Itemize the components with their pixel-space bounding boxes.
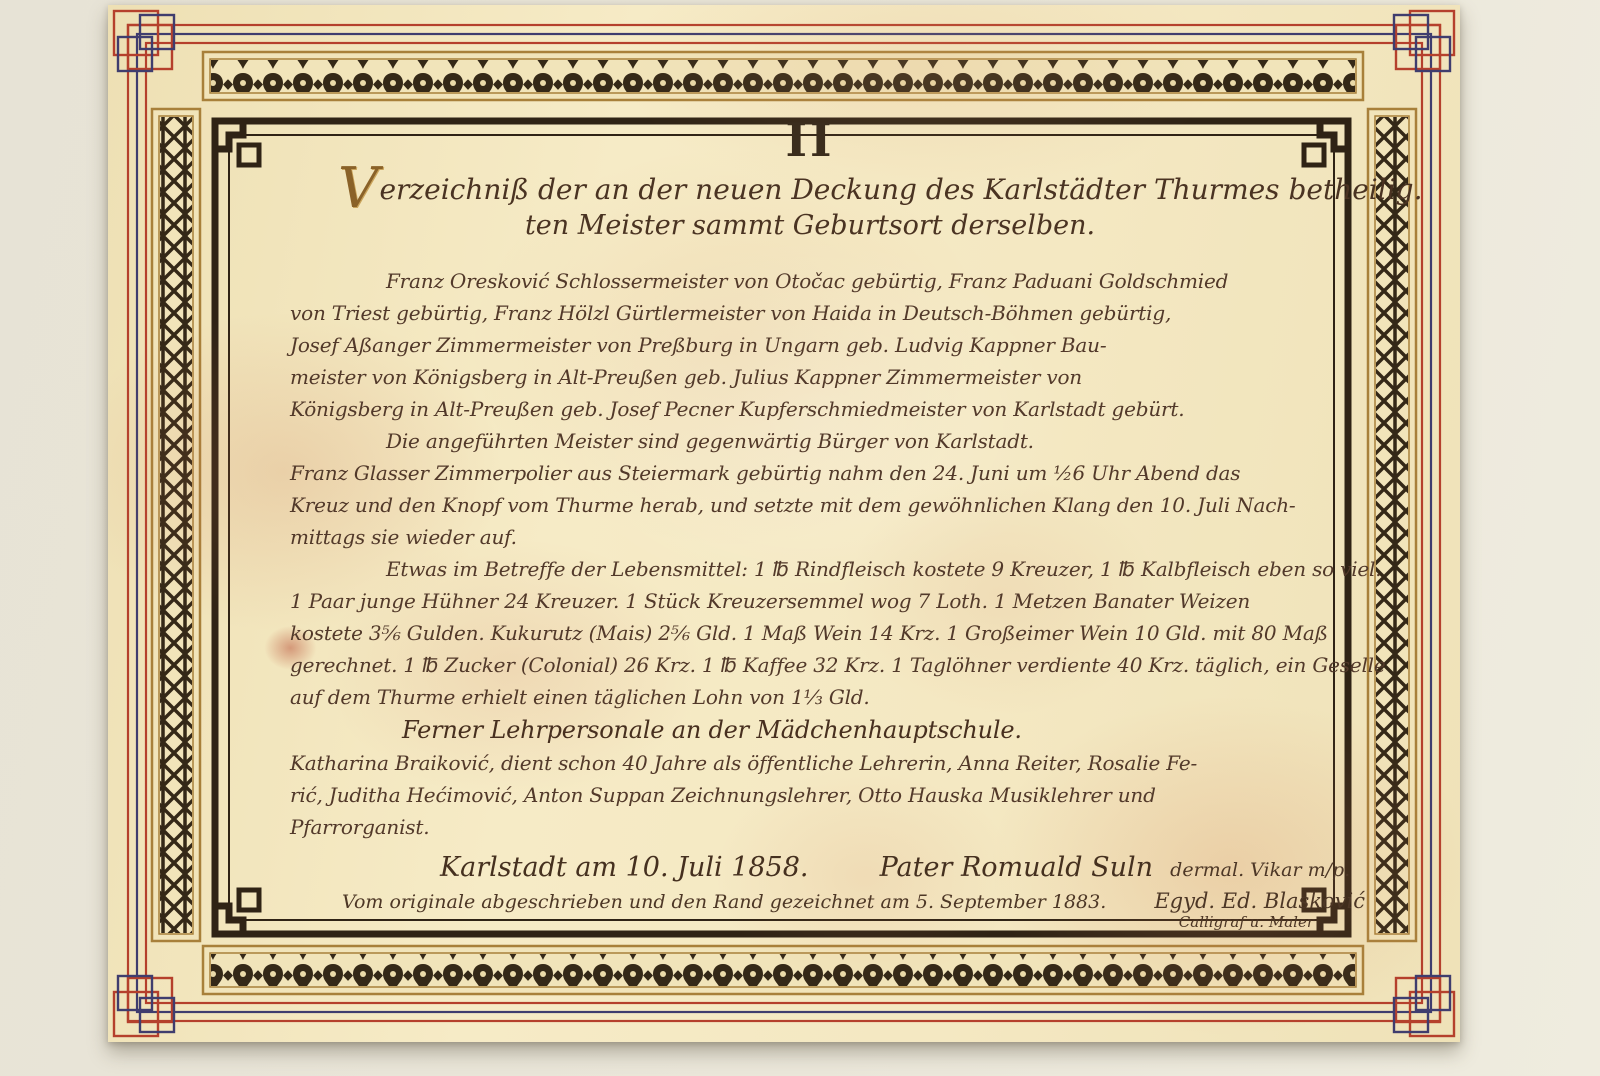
colophon: Vom originale abgeschrieben und den Rand…	[290, 889, 1330, 913]
section-numeral: II	[290, 117, 1330, 163]
signer-title: dermal. Vikar m/p.	[1170, 859, 1350, 881]
artist-title: Calligraf u. Maler	[290, 913, 1330, 931]
manuscript-line: Kreuz und den Knopf vom Thurme herab, un…	[290, 489, 1330, 521]
manuscript-line: Die angeführten Meister sind gegenwärtig…	[290, 425, 1330, 457]
border-knot-bottom-left	[114, 976, 174, 1036]
manuscript-line: Königsberg in Alt-Preußen geb. Josef Pec…	[290, 393, 1330, 425]
manuscript-line: Franz Oresković Schlossermeister von Oto…	[290, 265, 1330, 297]
manuscript-body: Franz Oresković Schlossermeister von Oto…	[290, 265, 1330, 843]
manuscript-line: rić, Juditha Hećimović, Anton Suppan Zei…	[290, 779, 1330, 811]
signer-name: Pater Romuald Suln	[880, 852, 1153, 883]
manuscript-line: meister von Königsberg in Alt-Preußen ge…	[290, 361, 1330, 393]
artist-signature: Egyd. Ed. Blasković	[1154, 889, 1365, 913]
frame-meander-bottom-left	[215, 890, 279, 934]
document-title-line1: Verzeichniß der an der neuen Deckung des…	[290, 171, 1330, 206]
manuscript-line: gerechnet. 1 ℔ Zucker (Colonial) 26 Krz.…	[290, 649, 1330, 681]
manuscript-subheading: Ferner Lehrpersonale an der Mädchenhaupt…	[290, 713, 1330, 747]
manuscript-line: kostete 3⅚ Gulden. Kukurutz (Mais) 2⅚ Gl…	[290, 617, 1330, 649]
manuscript-line: von Triest gebürtig, Franz Hölzl Gürtler…	[290, 297, 1330, 329]
copy-note: Vom originale abgeschrieben und den Rand…	[342, 891, 1106, 913]
illuminated-initial: V	[338, 179, 378, 199]
manuscript-content: II Verzeichniß der an der neuen Deckung …	[290, 5, 1330, 931]
ornament-band-bottom	[203, 946, 1363, 994]
frame-meander-top-left	[215, 121, 279, 165]
ornament-band-right	[1368, 109, 1416, 941]
photograph: II Verzeichniß der an der neuen Deckung …	[0, 0, 1600, 1076]
manuscript-line: Franz Glasser Zimmerpolier aus Steiermar…	[290, 457, 1330, 489]
border-knot-bottom-right	[1394, 976, 1454, 1036]
border-knot-top-right	[1394, 11, 1454, 71]
manuscript-line: Pfarrorganist.	[290, 811, 1330, 843]
manuscript-line: auf dem Thurme erhielt einen täglichen L…	[290, 681, 1330, 713]
manuscript-line: mittags sie wieder auf.	[290, 521, 1330, 553]
border-knot-top-left	[114, 11, 174, 71]
ornament-band-left	[152, 109, 200, 941]
manuscript-line: Katharina Braiković, dient schon 40 Jahr…	[290, 747, 1330, 779]
manuscript-line: 1 Paar junge Hühner 24 Kreuzer. 1 Stück …	[290, 585, 1330, 617]
place-and-date: Karlstadt am 10. Juli 1858.	[440, 852, 809, 883]
manuscript-line: Josef Aßanger Zimmermeister von Preßburg…	[290, 329, 1330, 361]
document-sheet: II Verzeichniß der an der neuen Deckung …	[108, 5, 1460, 1042]
manuscript-line: Etwas im Betreffe der Lebensmittel: 1 ℔ …	[290, 553, 1330, 585]
document-title-line2: ten Meister sammt Geburtsort derselben.	[290, 210, 1330, 241]
title-line1-text: erzeichniß der an der neuen Deckung des …	[379, 173, 1422, 206]
dateline: Karlstadt am 10. Juli 1858. Pater Romual…	[290, 847, 1330, 889]
